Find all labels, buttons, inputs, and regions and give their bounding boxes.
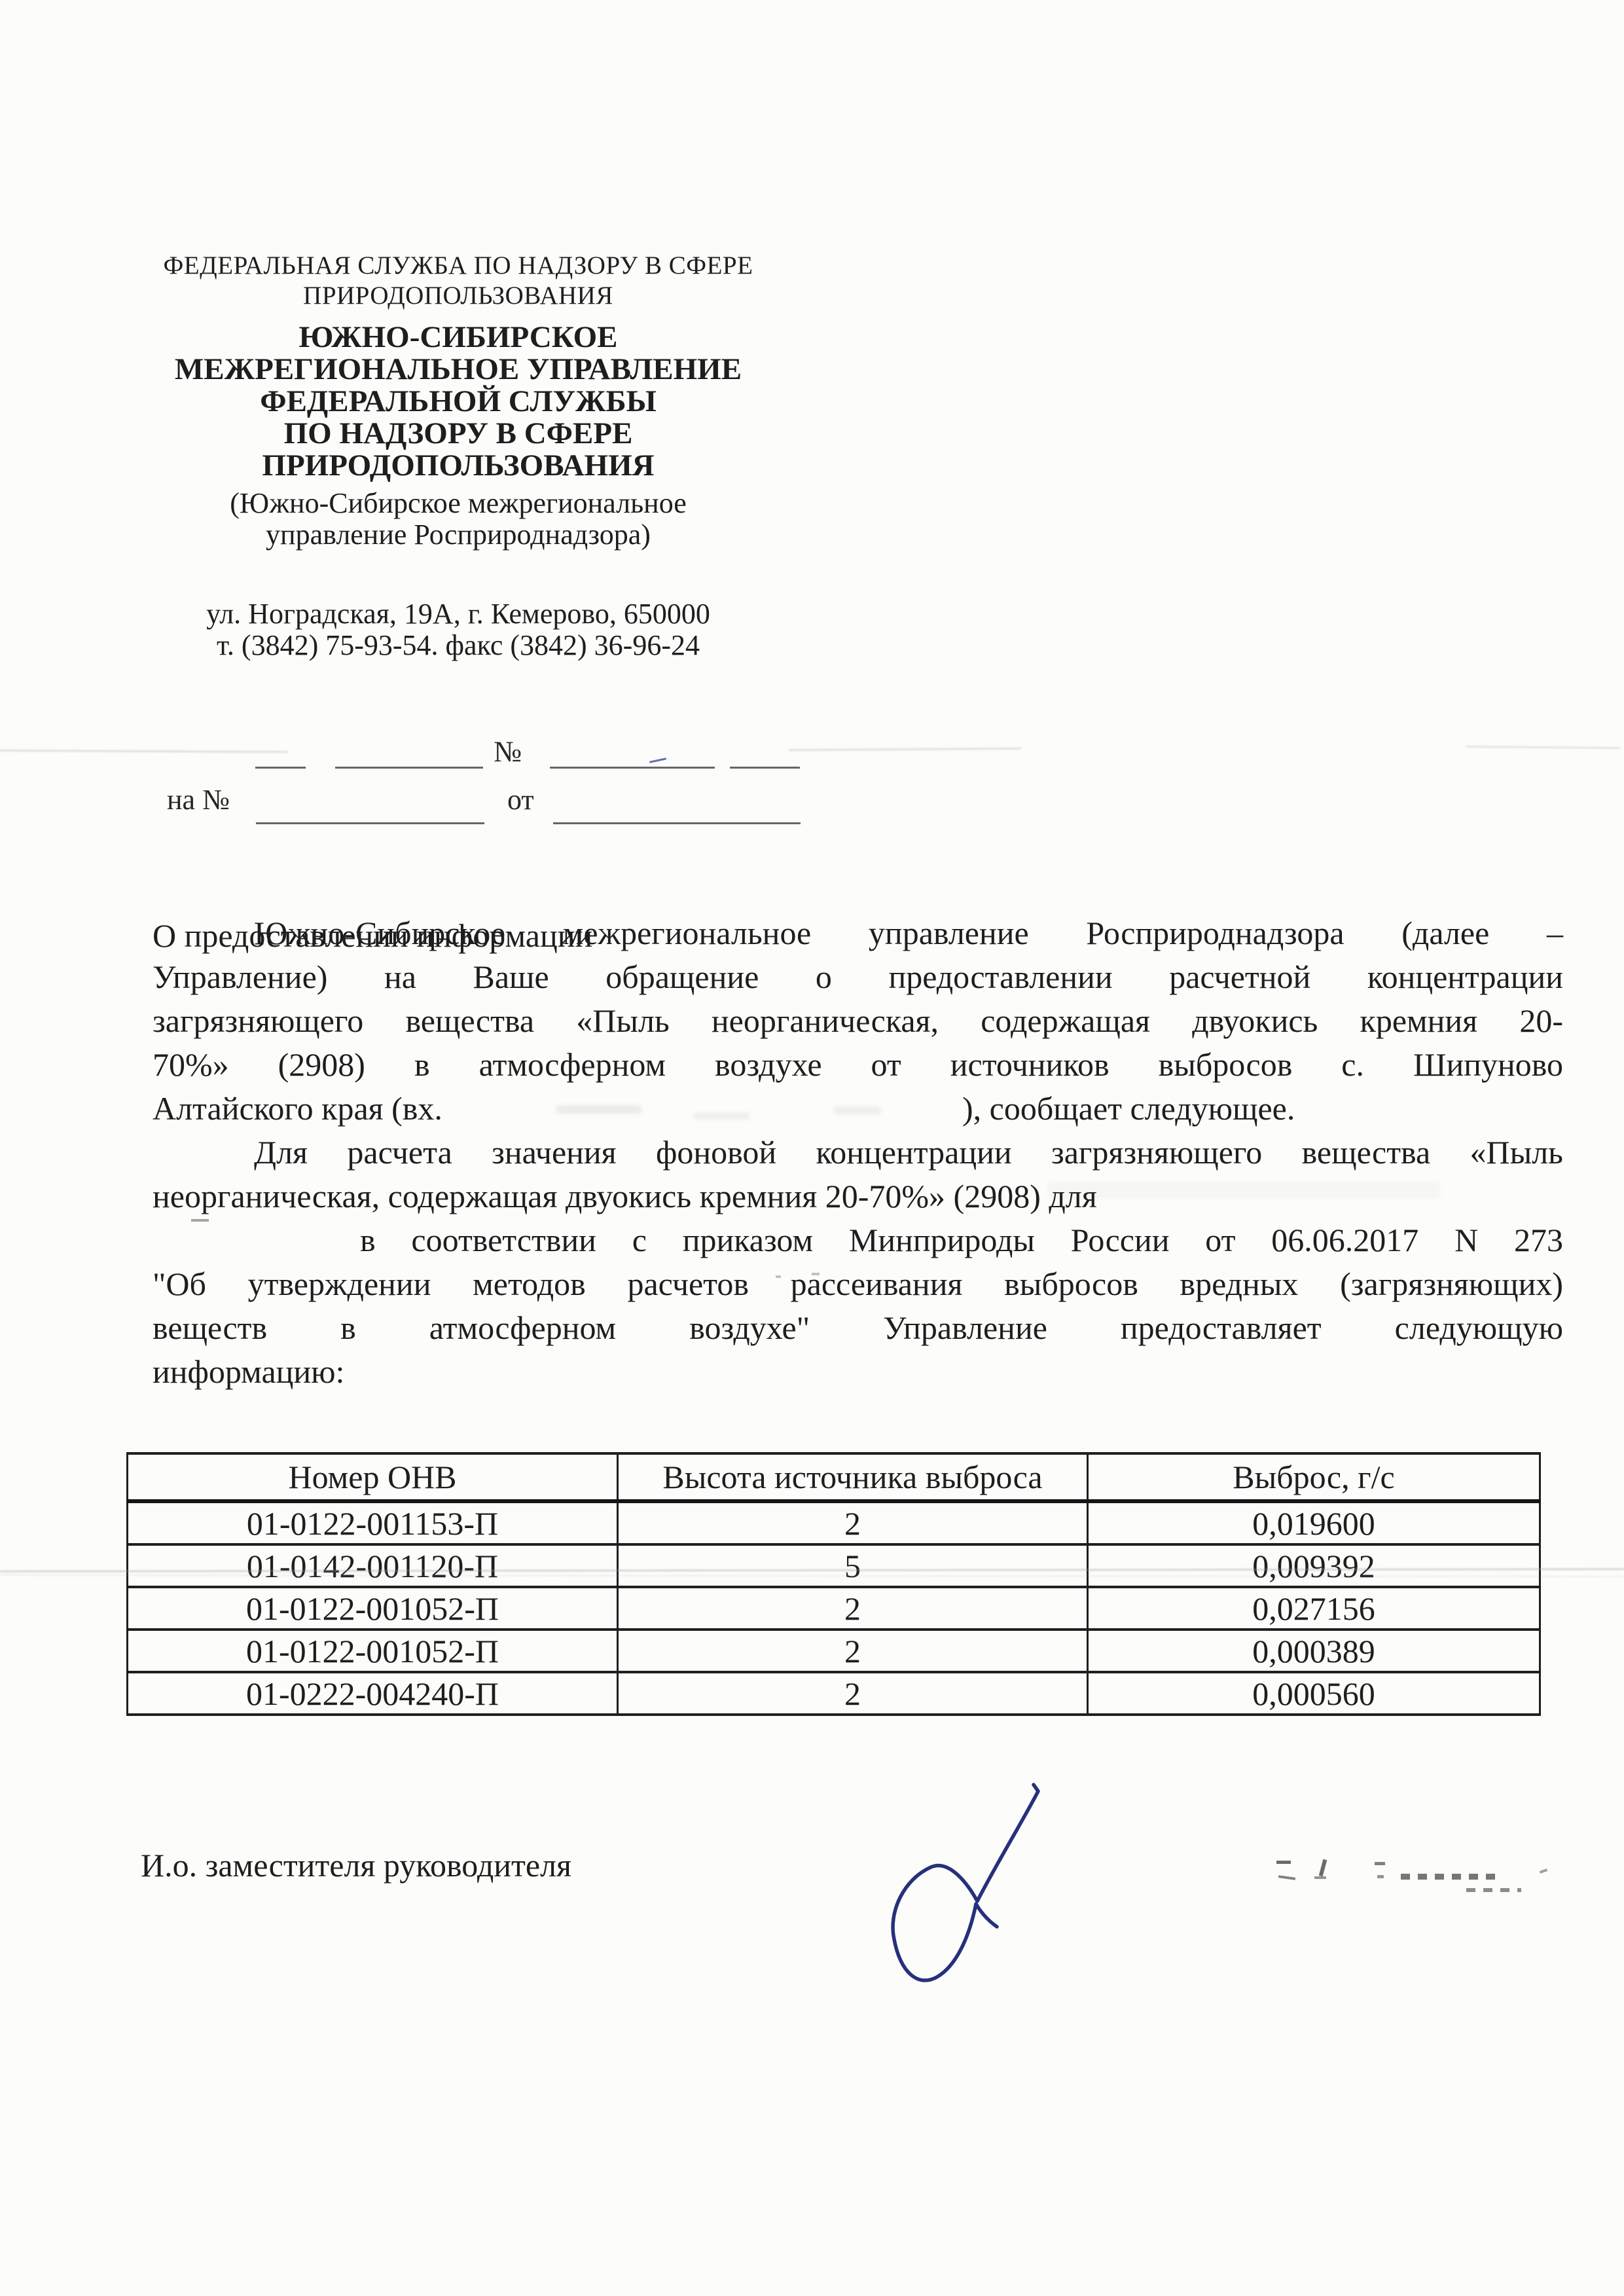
scanned-letter-page: ФЕДЕРАЛЬНАЯ СЛУЖБА ПО НАДЗОРУ В СФЕРЕ ПР…	[0, 0, 1624, 2296]
cell-onv: 01-0222-004240-П	[128, 1672, 618, 1715]
cell-onv: 01-0122-001052-П	[128, 1587, 618, 1630]
number-line-segment	[550, 767, 715, 769]
redaction-smudge	[776, 1275, 781, 1278]
cell-height: 2	[618, 1630, 1088, 1672]
redaction-smudge	[1466, 1888, 1521, 1892]
number-line-segment	[335, 767, 483, 769]
cell-onv: 01-0122-001153-П	[128, 1501, 618, 1544]
body-line-part: ), сообщает следующее.	[962, 1087, 1295, 1131]
address-line: ул. Ноградская, 19А, г. Кемерово, 650000	[101, 598, 815, 630]
cell-emission: 0,000560	[1088, 1672, 1540, 1715]
redaction-smudge	[1377, 1875, 1384, 1878]
org-line-3: ФЕДЕРАЛЬНОЙ СЛУЖБЫ	[101, 386, 815, 418]
cell-height: 2	[618, 1672, 1088, 1715]
table-header-row: Номер ОНВ Высота источника выброса Выбро…	[128, 1453, 1540, 1501]
table-row: 01-0222-004240-П 2 0,000560	[128, 1672, 1540, 1715]
phone-fax-line: т. (3842) 75-93-54. факс (3842) 36-96-24	[101, 630, 815, 661]
org-alias: (Южно-Сибирское межрегиональное управлен…	[101, 488, 815, 551]
on-number-blank-line	[256, 822, 484, 824]
body-line: 70%» (2908) в атмосферном воздухе от ист…	[153, 1043, 1563, 1087]
body-line: информацию:	[153, 1350, 1563, 1394]
emissions-table: Номер ОНВ Высота источника выброса Выбро…	[126, 1452, 1541, 1716]
signer-title: И.о. заместителя руководителя	[141, 1846, 571, 1884]
body-line: "Об утверждении методов расчетов рассеив…	[153, 1262, 1563, 1306]
redaction-smudge	[835, 1106, 880, 1114]
cell-height: 5	[618, 1544, 1088, 1587]
cell-onv: 01-0142-001120-П	[128, 1544, 618, 1587]
cell-emission: 0,009392	[1088, 1544, 1540, 1587]
cell-height: 2	[618, 1501, 1088, 1544]
redaction-smudge	[1047, 1182, 1440, 1199]
cell-onv: 01-0122-001052-П	[128, 1630, 618, 1672]
pen-mark	[649, 757, 666, 763]
org-line-1: ЮЖНО-СИБИРСКОЕ	[101, 321, 815, 354]
redaction-smudge	[1276, 1861, 1291, 1864]
table-row: 01-0142-001120-П 5 0,009392	[128, 1544, 1540, 1587]
body-line: Управление) на Ваше обращение о предоста…	[153, 955, 1563, 999]
col-header-height: Высота источника выброса	[618, 1453, 1088, 1501]
letterhead: ФЕДЕРАЛЬНАЯ СЛУЖБА ПО НАДЗОРУ В СФЕРЕ ПР…	[101, 251, 815, 661]
org-line-5: ПРИРОДОПОЛЬЗОВАНИЯ	[101, 450, 815, 482]
col-header-onv: Номер ОНВ	[128, 1453, 618, 1501]
from-blank-line	[553, 822, 801, 824]
redaction-smudge	[1401, 1874, 1499, 1880]
col-header-emission: Выброс, г/с	[1088, 1453, 1540, 1501]
contacts: ул. Ноградская, 19А, г. Кемерово, 650000…	[101, 598, 815, 661]
body-line: Для расчета значения фоновой концентраци…	[153, 1131, 1563, 1175]
org-alias-line-1: (Южно-Сибирское межрегиональное	[101, 488, 815, 519]
agency-line-2: ПРИРОДОПОЛЬЗОВАНИЯ	[101, 281, 815, 311]
redaction-smudge	[191, 1219, 209, 1222]
org-line-4: ПО НАДЗОРУ В СФЕРЕ	[101, 418, 815, 450]
body-text: Южно-Сибирское межрегиональное управлени…	[153, 911, 1563, 1394]
redaction-smudge	[1278, 1875, 1295, 1880]
on-number-label: на №	[167, 783, 230, 816]
number-label: №	[494, 735, 522, 769]
redaction-smudge	[1319, 1859, 1327, 1877]
table-row: 01-0122-001153-П 2 0,019600	[128, 1501, 1540, 1544]
cell-emission: 0,000389	[1088, 1630, 1540, 1672]
redaction-smudge	[1375, 1862, 1385, 1865]
redaction-smudge	[812, 1273, 820, 1275]
handwritten-signature	[871, 1761, 1067, 1997]
body-line-part: Алтайского края (вх.	[153, 1090, 442, 1127]
fold-line	[1466, 746, 1620, 749]
number-line-segment	[730, 767, 800, 769]
body-line: веществ в атмосферном воздухе" Управлени…	[153, 1306, 1563, 1350]
fold-line	[0, 750, 288, 753]
body-line: загрязняющего вещества «Пыль неорганичес…	[153, 999, 1563, 1043]
agency-line-1: ФЕДЕРАЛЬНАЯ СЛУЖБА ПО НАДЗОРУ В СФЕРЕ	[101, 251, 815, 281]
table-row: 01-0122-001052-П 2 0,000389	[128, 1630, 1540, 1672]
org-line-2: МЕЖРЕГИОНАЛЬНОЕ УПРАВЛЕНИЕ	[101, 354, 815, 386]
cell-height: 2	[618, 1587, 1088, 1630]
cell-emission: 0,027156	[1088, 1587, 1540, 1630]
redaction-smudge	[1540, 1868, 1548, 1874]
agency-name: ФЕДЕРАЛЬНАЯ СЛУЖБА ПО НАДЗОРУ В СФЕРЕ ПР…	[101, 251, 815, 311]
from-label: от	[507, 783, 534, 816]
body-line: в соответствии с приказом Минприроды Рос…	[153, 1218, 1563, 1262]
body-line: Южно-Сибирское межрегиональное управлени…	[153, 911, 1563, 955]
table-row: 01-0122-001052-П 2 0,027156	[128, 1587, 1540, 1630]
redaction-smudge	[694, 1113, 749, 1120]
cell-emission: 0,019600	[1088, 1501, 1540, 1544]
number-line-segment	[255, 767, 306, 769]
redaction-smudge	[1314, 1876, 1326, 1879]
redaction-smudge	[556, 1105, 641, 1114]
fold-line	[789, 748, 1021, 751]
org-alias-line-2: управление Росприроднадзора)	[101, 519, 815, 551]
org-name: ЮЖНО-СИБИРСКОЕ МЕЖРЕГИОНАЛЬНОЕ УПРАВЛЕНИ…	[101, 321, 815, 482]
